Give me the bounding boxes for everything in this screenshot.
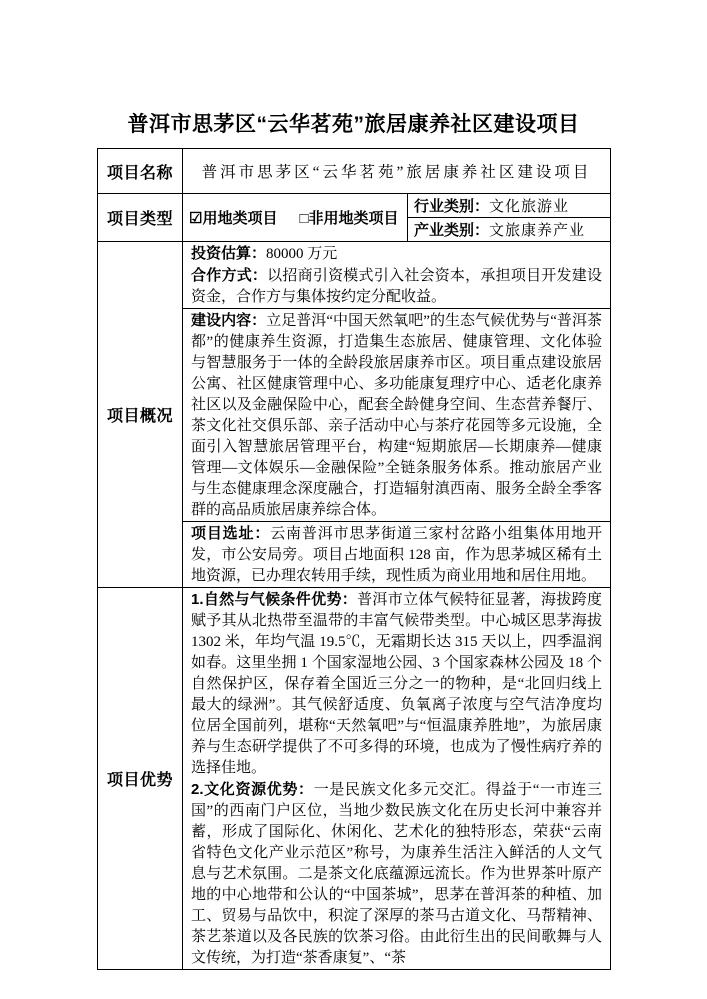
- checkbox-unchecked-icon: □: [299, 210, 308, 227]
- construction-paragraph: 建设内容：立足普洱“中国天然氧吧”的生态气候优势与“普洱茶都”的健康养生资源，打…: [191, 310, 602, 521]
- advantage-2-value: 一是民族文化多元交汇。得益于“一市连三国”的西南门户区位，当地少数民族文化在历史…: [191, 782, 602, 966]
- investment-line: 投资估算：80000 万元: [191, 243, 602, 265]
- project-info-table: 项目名称 普洱市思茅区“云华茗苑”旅居康养社区建设项目 项目类型 ☑用地类项目□…: [97, 148, 611, 970]
- cooperation-line: 合作方式：以招商引资模式引入社会资本，承担项目开发建设资金，合作方与集体按约定分…: [191, 265, 602, 308]
- investment-cooperation-cell: 投资估算：80000 万元 合作方式：以招商引资模式引入社会资本，承担项目开发建…: [183, 242, 611, 309]
- location-cell: 项目选址：云南普洱市思茅街道三家村岔路小组集体用地开发，市公安局旁。项目占地面积…: [183, 522, 611, 588]
- sector-category-cell: 产业类别：文旅康养产业: [408, 218, 611, 242]
- checkbox-land-label: 用地类项目: [202, 210, 277, 227]
- advantage-1-paragraph: 1.自然与气候条件优势：普洱市立体气候特征显著，海拔跨度赋予其从北热带至温带的丰…: [191, 589, 602, 779]
- construction-content-cell: 建设内容：立足普洱“中国天然氧吧”的生态气候优势与“普洱茶都”的健康养生资源，打…: [183, 309, 611, 522]
- project-type-label-cell: 项目类型: [98, 194, 183, 242]
- document-page: 普洱市思茅区“云华茗苑”旅居康养社区建设项目 项目名称 普洱市思茅区“云华茗苑”…: [0, 0, 707, 999]
- checkbox-non-land-project[interactable]: □非用地类项目: [299, 207, 398, 228]
- industry-category-value: 文化旅游业: [489, 199, 569, 215]
- table-row: 项目类型 ☑用地类项目□非用地类项目 行业类别：文化旅游业: [98, 194, 611, 218]
- construction-label: 建设内容：: [191, 312, 266, 329]
- sector-category-value: 文旅康养产业: [489, 223, 585, 239]
- investment-label: 投资估算：: [191, 245, 266, 262]
- checkbox-land-project[interactable]: ☑用地类项目: [189, 207, 277, 228]
- table-row: 项目名称 普洱市思茅区“云华茗苑”旅居康养社区建设项目: [98, 149, 611, 194]
- construction-value: 立足普洱“中国天然氧吧”的生态气候优势与“普洱茶都”的健康养生资源，打造集生态旅…: [191, 313, 602, 518]
- advantage-2-label: 2.文化资源优势：: [191, 781, 314, 798]
- checkbox-non-land-label: 非用地类项目: [309, 210, 399, 227]
- sector-category-label: 产业类别：: [414, 222, 489, 239]
- checkbox-checked-icon: ☑: [189, 210, 202, 227]
- industry-category-cell: 行业类别：文化旅游业: [408, 194, 611, 218]
- advantage-1-label: 1.自然与气候条件优势：: [191, 591, 357, 608]
- table-row: 项目优势 1.自然与气候条件优势：普洱市立体气候特征显著，海拔跨度赋予其从北热带…: [98, 588, 611, 970]
- advantage-1-value: 普洱市立体气候特征显著，海拔跨度赋予其从北热带至温带的丰富气候带类型。中心城区思…: [191, 592, 602, 776]
- table-row: 项目概况 投资估算：80000 万元 合作方式：以招商引资模式引入社会资本，承担…: [98, 242, 611, 309]
- document-title: 普洱市思茅区“云华茗苑”旅居康养社区建设项目: [97, 108, 610, 138]
- advantages-label-cell: 项目优势: [98, 588, 183, 970]
- project-type-checkbox-cell: ☑用地类项目□非用地类项目: [183, 194, 408, 242]
- location-paragraph: 项目选址：云南普洱市思茅街道三家村岔路小组集体用地开发，市公安局旁。项目占地面积…: [191, 523, 602, 587]
- industry-category-label: 行业类别：: [414, 198, 489, 215]
- advantage-2-paragraph: 2.文化资源优势：一是民族文化多元交汇。得益于“一市连三国”的西南门户区位，当地…: [191, 779, 602, 969]
- advantages-cell: 1.自然与气候条件优势：普洱市立体气候特征显著，海拔跨度赋予其从北热带至温带的丰…: [183, 588, 611, 970]
- cooperation-label: 合作方式：: [191, 267, 267, 284]
- overview-label-cell: 项目概况: [98, 242, 183, 588]
- location-label: 项目选址：: [191, 525, 270, 542]
- project-name-label-cell: 项目名称: [98, 149, 183, 194]
- project-name-value-cell: 普洱市思茅区“云华茗苑”旅居康养社区建设项目: [183, 149, 611, 194]
- investment-value: 80000 万元: [266, 246, 337, 262]
